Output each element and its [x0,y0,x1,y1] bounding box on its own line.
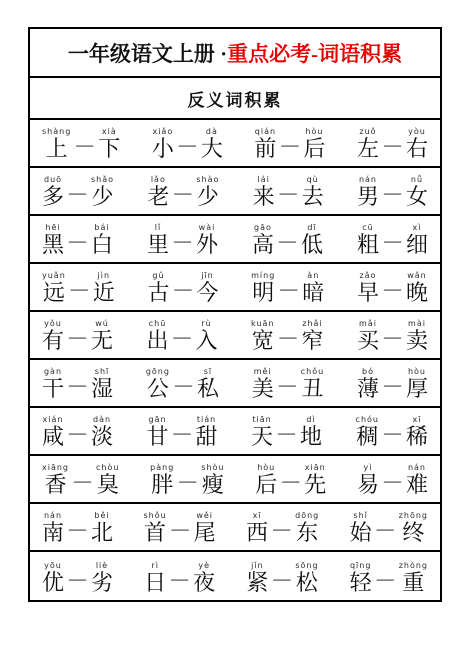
antonym-pair: gān 甘 — tián 甜 [147,416,218,448]
pinyin-right: nán [408,464,426,472]
dash-separator: — [69,232,86,249]
antonym-pair: jǐn 紧 — sōng 松 [246,562,318,594]
pinyin-left: yōu [44,562,62,570]
hanzi-with-pinyin-right: liè 劣 [91,562,113,594]
pinyin-left: shǒu [143,512,166,520]
char-right: 窄 [301,329,323,352]
pinyin-left: hēi [45,224,60,232]
pinyin-left: yì [363,464,372,472]
dash-separator: — [69,570,86,587]
hanzi-with-pinyin-left: mǎi 买 [357,320,379,352]
dash-separator: — [76,136,93,153]
antonym-pair: cū 粗 — xì 细 [357,224,428,256]
antonym-pair: yuǎn 远 — jìn 近 [42,272,115,304]
hanzi-with-pinyin-right: shī 湿 [91,368,113,400]
dash-separator: — [69,424,86,441]
pinyin-left: duō [44,176,62,184]
char-right: 无 [91,329,113,352]
pinyin-right: tián [197,416,216,424]
pinyin-right: shòu [201,464,224,472]
pinyin-right: sōng [295,562,318,570]
pinyin-left: gōng [146,368,170,376]
pinyin-right: shǎo [91,176,114,184]
hanzi-with-pinyin-right: bái 白 [91,224,113,256]
pinyin-right: shào [196,176,219,184]
antonym-pair: shǒu 首 — wěi 尾 [143,512,215,544]
dash-separator: — [384,136,401,153]
pinyin-right: sī [204,368,212,376]
pinyin-left: chóu [356,416,379,424]
antonym-row: xián 咸 — dàn 淡 gān 甘 — tián 甜 tiān 天 — d… [30,408,440,456]
pinyin-left: yǒu [44,320,62,328]
hanzi-with-pinyin-right: yòu 右 [406,128,428,160]
antonym-pair: xiāng 香 — chòu 臭 [42,464,119,496]
antonym-pair: qián 前 — hòu 后 [254,128,325,160]
hanzi-with-pinyin-right: àn 暗 [302,272,324,304]
dash-separator: — [384,376,401,393]
hanzi-with-pinyin-right: yè 夜 [193,562,215,594]
hanzi-with-pinyin-left: yǒu 有 [42,320,64,352]
dash-separator: — [278,424,295,441]
char-right: 暗 [302,281,324,304]
char-left: 南 [42,521,64,544]
char-right: 难 [406,473,428,496]
pinyin-left: chū [149,320,167,328]
hanzi-with-pinyin-right: shǎo 少 [91,176,114,208]
antonym-pair: shǐ 始 — zhōng 终 [350,512,428,544]
char-left: 出 [147,329,169,352]
char-right: 臭 [97,473,119,496]
hanzi-with-pinyin-right: chòu 臭 [96,464,119,496]
hanzi-with-pinyin-left: xián 咸 [42,416,64,448]
char-left: 天 [251,425,273,448]
pinyin-right: qù [307,176,319,184]
antonym-pair: nán 男 — nǚ 女 [357,176,428,208]
pinyin-right: liè [96,562,108,570]
hanzi-with-pinyin-left: míng 明 [251,272,275,304]
dash-separator: — [174,184,191,201]
antonym-row: hēi 黑 — bái 白 lǐ 里 — wài 外 gāo 高 — dī 低 [30,216,440,264]
page-title-black: 一年级语文上册 · [68,38,227,68]
char-left: 西 [246,521,268,544]
pinyin-left: lǐ [155,224,161,232]
pinyin-left: lǎo [151,176,166,184]
char-right: 终 [402,521,424,544]
hanzi-with-pinyin-right: xī 稀 [406,416,428,448]
hanzi-with-pinyin-left: hēi 黑 [42,224,64,256]
char-right: 少 [92,185,114,208]
pinyin-right: zhōng [399,512,428,520]
pinyin-left: zǎo [359,272,376,280]
pinyin-right: yè [198,562,210,570]
antonym-row: gàn 干 — shī 湿 gōng 公 — sī 私 měi 美 — chǒu… [30,360,440,408]
char-left: 胖 [151,473,173,496]
pinyin-left: kuān [251,320,274,328]
char-right: 入 [196,329,218,352]
pinyin-right: dī [307,224,316,232]
hanzi-with-pinyin-right: nán 难 [406,464,428,496]
dash-separator: — [69,520,86,537]
pinyin-left: lái [257,176,269,184]
char-right: 北 [91,521,113,544]
char-left: 左 [357,137,379,160]
char-left: 古 [147,281,169,304]
pinyin-right: dì [306,416,315,424]
antonym-pair: zuǒ 左 — yòu 右 [357,128,428,160]
hanzi-with-pinyin-right: xià 下 [98,128,120,160]
antonym-pair: gāo 高 — dī 低 [252,224,323,256]
pinyin-right: dà [206,128,218,136]
char-left: 稠 [356,425,378,448]
dash-separator: — [172,520,189,537]
hanzi-with-pinyin-left: qīng 轻 [350,562,372,594]
pinyin-right: běi [94,512,109,520]
pinyin-right: wài [199,224,216,232]
hanzi-with-pinyin-left: tiān 天 [251,416,273,448]
hanzi-with-pinyin-left: gàn 干 [42,368,64,400]
hanzi-with-pinyin-right: zhǎi 窄 [301,320,323,352]
char-right: 东 [296,521,318,544]
dash-separator: — [279,328,296,345]
pinyin-right: hòu [305,128,323,136]
pinyin-right: xī [413,416,422,424]
pinyin-left: xiāng [42,464,69,472]
pinyin-left: yuǎn [42,272,66,280]
pinyin-right: shī [95,368,109,376]
char-left: 来 [253,185,275,208]
char-right: 近 [93,281,115,304]
page-title-red: 重点必考-词语积累 [227,38,402,68]
char-left: 薄 [357,377,379,400]
antonym-row: yōu 优 — liè 劣 rì 日 — yè 夜 jǐn 紧 — sōng 松 [30,552,440,600]
char-right: 下 [98,137,120,160]
char-right: 重 [402,571,424,594]
pinyin-left: gàn [44,368,62,376]
hanzi-with-pinyin-left: cū 粗 [357,224,379,256]
pinyin-left: jǐn [251,562,264,570]
hanzi-with-pinyin-right: shòu 瘦 [201,464,224,496]
antonym-row: yǒu 有 — wú 无 chū 出 — rù 入 kuān 宽 — zhǎi … [30,312,440,360]
hanzi-with-pinyin-right: běi 北 [91,512,113,544]
hanzi-with-pinyin-left: xiāng 香 [42,464,69,496]
hanzi-with-pinyin-right: mài 卖 [406,320,428,352]
hanzi-with-pinyin-left: hòu 后 [255,464,277,496]
section-title: 反义词积累 [30,78,440,120]
hanzi-with-pinyin-right: jìn 近 [93,272,115,304]
char-right: 细 [406,233,428,256]
hanzi-with-pinyin-right: jīn 今 [196,272,218,304]
pinyin-right: xiān [305,464,326,472]
char-left: 甘 [147,425,169,448]
char-left: 香 [45,473,67,496]
dash-separator: — [280,184,297,201]
dash-separator: — [74,472,91,489]
antonym-pair: hòu 后 — xiān 先 [255,464,326,496]
hanzi-with-pinyin-left: yì 易 [357,464,379,496]
char-left: 后 [255,473,277,496]
antonym-pair: hēi 黑 — bái 白 [42,224,113,256]
hanzi-with-pinyin-right: nǚ 女 [406,176,428,208]
hanzi-with-pinyin-right: xiān 先 [304,464,326,496]
pinyin-left: rì [151,562,159,570]
char-left: 咸 [42,425,64,448]
pinyin-right: dōng [295,512,319,520]
antonym-pair: mǎi 买 — mài 卖 [357,320,428,352]
antonym-pair: nán 南 — běi 北 [42,512,113,544]
dash-separator: — [175,376,192,393]
char-right: 今 [196,281,218,304]
char-left: 优 [42,571,64,594]
dash-separator: — [174,280,191,297]
hanzi-with-pinyin-left: yōu 优 [42,562,64,594]
char-left: 宽 [252,329,274,352]
antonym-pair: lǐ 里 — wài 外 [147,224,218,256]
pinyin-right: dàn [93,416,111,424]
antonym-pair: zǎo 早 — wǎn 晚 [357,272,428,304]
antonym-pair: shàng 上 — xià 下 [42,128,120,160]
hanzi-with-pinyin-right: dōng 东 [295,512,319,544]
char-right: 丑 [301,377,323,400]
pinyin-left: zuǒ [359,128,376,136]
char-right: 劣 [91,571,113,594]
hanzi-with-pinyin-left: xiǎo 小 [152,128,174,160]
char-left: 有 [42,329,64,352]
dash-separator: — [377,520,394,537]
dash-separator: — [71,280,88,297]
hanzi-with-pinyin-left: shǐ 始 [350,512,372,544]
hanzi-with-pinyin-right: sōng 松 [295,562,318,594]
char-left: 紧 [246,571,268,594]
hanzi-with-pinyin-left: qián 前 [254,128,276,160]
hanzi-with-pinyin-left: nán 南 [42,512,64,544]
dash-separator: — [384,472,401,489]
dash-separator: — [280,280,297,297]
pinyin-left: mǎi [359,320,377,328]
pinyin-right: xì [412,224,421,232]
char-right: 先 [304,473,326,496]
hanzi-with-pinyin-left: zuǒ 左 [357,128,379,160]
hanzi-with-pinyin-right: zhōng 终 [399,512,428,544]
pinyin-right: wǎn [407,272,427,280]
char-right: 尾 [194,521,216,544]
char-right: 湿 [91,377,113,400]
char-right: 少 [197,185,219,208]
char-right: 晚 [406,281,428,304]
hanzi-with-pinyin-right: hòu 厚 [406,368,428,400]
dash-separator: — [273,570,290,587]
char-left: 明 [252,281,274,304]
pinyin-right: jīn [201,272,214,280]
char-left: 日 [144,571,166,594]
pinyin-left: gāo [254,224,272,232]
dash-separator: — [279,376,296,393]
pinyin-right: xià [102,128,117,136]
hanzi-with-pinyin-left: shàng 上 [42,128,71,160]
char-left: 公 [147,377,169,400]
antonym-pair: duō 多 — shǎo 少 [42,176,114,208]
antonym-pair: xián 咸 — dàn 淡 [42,416,113,448]
pinyin-right: àn [307,272,319,280]
hanzi-with-pinyin-left: lǎo 老 [147,176,169,208]
char-right: 松 [296,571,318,594]
hanzi-with-pinyin-right: dì 地 [300,416,322,448]
antonym-pair: yì 易 — nán 难 [357,464,428,496]
antonym-pair: yǒu 有 — wú 无 [42,320,113,352]
antonym-pair: gǔ 古 — jīn 今 [147,272,218,304]
char-left: 小 [152,137,174,160]
char-right: 右 [406,137,428,160]
antonym-pair: míng 明 — àn 暗 [251,272,324,304]
hanzi-with-pinyin-left: yuǎn 远 [42,272,66,304]
pinyin-right: hòu [408,368,426,376]
antonym-pair: lái 来 — qù 去 [253,176,324,208]
hanzi-with-pinyin-left: xī 西 [246,512,268,544]
antonym-pair: yōu 优 — liè 劣 [42,562,113,594]
antonym-pair: gōng 公 — sī 私 [146,368,219,400]
hanzi-with-pinyin-right: chǒu 丑 [301,368,324,400]
char-left: 首 [144,521,166,544]
char-left: 干 [42,377,64,400]
antonym-pair: chū 出 — rù 入 [147,320,218,352]
dash-separator: — [279,232,296,249]
hanzi-with-pinyin-right: shào 少 [196,176,219,208]
char-left: 黑 [42,233,64,256]
char-right: 女 [406,185,428,208]
pinyin-right: bái [94,224,109,232]
char-right: 甜 [196,425,218,448]
pinyin-right: mài [408,320,426,328]
hanzi-with-pinyin-right: dī 低 [301,224,323,256]
dash-separator: — [174,424,191,441]
char-left: 多 [42,185,64,208]
char-left: 老 [147,185,169,208]
antonym-pair: xiǎo 小 — dà 大 [152,128,223,160]
char-left: 上 [46,137,68,160]
char-left: 高 [252,233,274,256]
hanzi-with-pinyin-left: kuān 宽 [251,320,274,352]
antonym-pair: gàn 干 — shī 湿 [42,368,113,400]
hanzi-with-pinyin-right: xì 细 [406,224,428,256]
char-right: 私 [197,377,219,400]
pinyin-right: yòu [408,128,426,136]
pinyin-left: qián [255,128,276,136]
char-right: 厚 [406,377,428,400]
hanzi-with-pinyin-right: tián 甜 [196,416,218,448]
pinyin-left: xiǎo [152,128,173,136]
hanzi-with-pinyin-left: rì 日 [144,562,166,594]
pinyin-left: pàng [150,464,174,472]
antonym-pair: xī 西 — dōng 东 [246,512,319,544]
dash-separator: — [179,472,196,489]
pinyin-left: gān [148,416,166,424]
char-right: 白 [91,233,113,256]
hanzi-with-pinyin-left: gōng 公 [146,368,170,400]
pinyin-right: wú [95,320,109,328]
antonym-worksheet: 一年级语文上册 ·重点必考-词语积累 反义词积累 shàng 上 — xià 下… [28,27,442,602]
pinyin-left: nán [44,512,62,520]
pinyin-right: wěi [196,512,213,520]
antonym-pair: kuān 宽 — zhǎi 窄 [251,320,323,352]
char-left: 里 [147,233,169,256]
pinyin-left: hòu [257,464,275,472]
pinyin-left: xián [43,416,64,424]
antonym-row: nán 南 — běi 北 shǒu 首 — wěi 尾 xī 西 — dōng… [30,504,440,552]
char-right: 卖 [406,329,428,352]
hanzi-with-pinyin-right: sī 私 [197,368,219,400]
hanzi-with-pinyin-left: duō 多 [42,176,64,208]
dash-separator: — [174,232,191,249]
hanzi-with-pinyin-left: měi 美 [252,368,274,400]
hanzi-with-pinyin-left: chū 出 [147,320,169,352]
char-left: 男 [357,185,379,208]
antonym-pair: qīng 轻 — zhòng 重 [350,562,428,594]
char-right: 地 [300,425,322,448]
hanzi-with-pinyin-left: zǎo 早 [357,272,379,304]
hanzi-with-pinyin-left: pàng 胖 [150,464,174,496]
hanzi-with-pinyin-right: rù 入 [196,320,218,352]
pinyin-left: shàng [42,128,71,136]
char-right: 去 [302,185,324,208]
hanzi-with-pinyin-right: wǎn 晚 [406,272,428,304]
antonym-pair: bó 薄 — hòu 厚 [357,368,428,400]
char-left: 美 [252,377,274,400]
dash-separator: — [171,570,188,587]
pinyin-left: qīng [350,562,371,570]
dash-separator: — [384,328,401,345]
pinyin-left: tiān [252,416,271,424]
char-left: 易 [357,473,379,496]
hanzi-with-pinyin-right: zhòng 重 [399,562,428,594]
char-right: 外 [196,233,218,256]
pinyin-left: gǔ [152,272,164,280]
hanzi-with-pinyin-left: lǐ 里 [147,224,169,256]
dash-separator: — [174,328,191,345]
dash-separator: — [384,424,401,441]
char-left: 始 [350,521,372,544]
hanzi-with-pinyin-right: wú 无 [91,320,113,352]
hanzi-with-pinyin-right: hòu 后 [303,128,325,160]
antonym-row: shàng 上 — xià 下 xiǎo 小 — dà 大 qián 前 — h… [30,120,440,168]
char-left: 早 [357,281,379,304]
char-left: 粗 [357,233,379,256]
pinyin-right: nǚ [411,176,423,184]
antonym-row: xiāng 香 — chòu 臭 pàng 胖 — shòu 瘦 hòu 后 —… [30,456,440,504]
hanzi-with-pinyin-right: dà 大 [201,128,223,160]
char-left: 轻 [350,571,372,594]
dash-separator: — [384,184,401,201]
pinyin-left: cū [362,224,373,232]
pinyin-left: nán [359,176,377,184]
pinyin-right: rù [201,320,211,328]
hanzi-with-pinyin-right: dàn 淡 [91,416,113,448]
dash-separator: — [384,232,401,249]
char-right: 夜 [193,571,215,594]
hanzi-with-pinyin-left: gǔ 古 [147,272,169,304]
antonym-row: yuǎn 远 — jìn 近 gǔ 古 — jīn 今 míng 明 — àn … [30,264,440,312]
hanzi-with-pinyin-left: bó 薄 [357,368,379,400]
pinyin-right: jìn [98,272,111,280]
pinyin-left: bó [362,368,374,376]
hanzi-with-pinyin-left: lái 来 [253,176,275,208]
dash-separator: — [69,184,86,201]
char-right: 淡 [91,425,113,448]
char-right: 低 [301,233,323,256]
page-title: 一年级语文上册 ·重点必考-词语积累 [30,29,440,78]
pinyin-right: zhòng [399,562,428,570]
char-right: 瘦 [202,473,224,496]
char-left: 前 [254,137,276,160]
hanzi-with-pinyin-right: wài 外 [196,224,218,256]
